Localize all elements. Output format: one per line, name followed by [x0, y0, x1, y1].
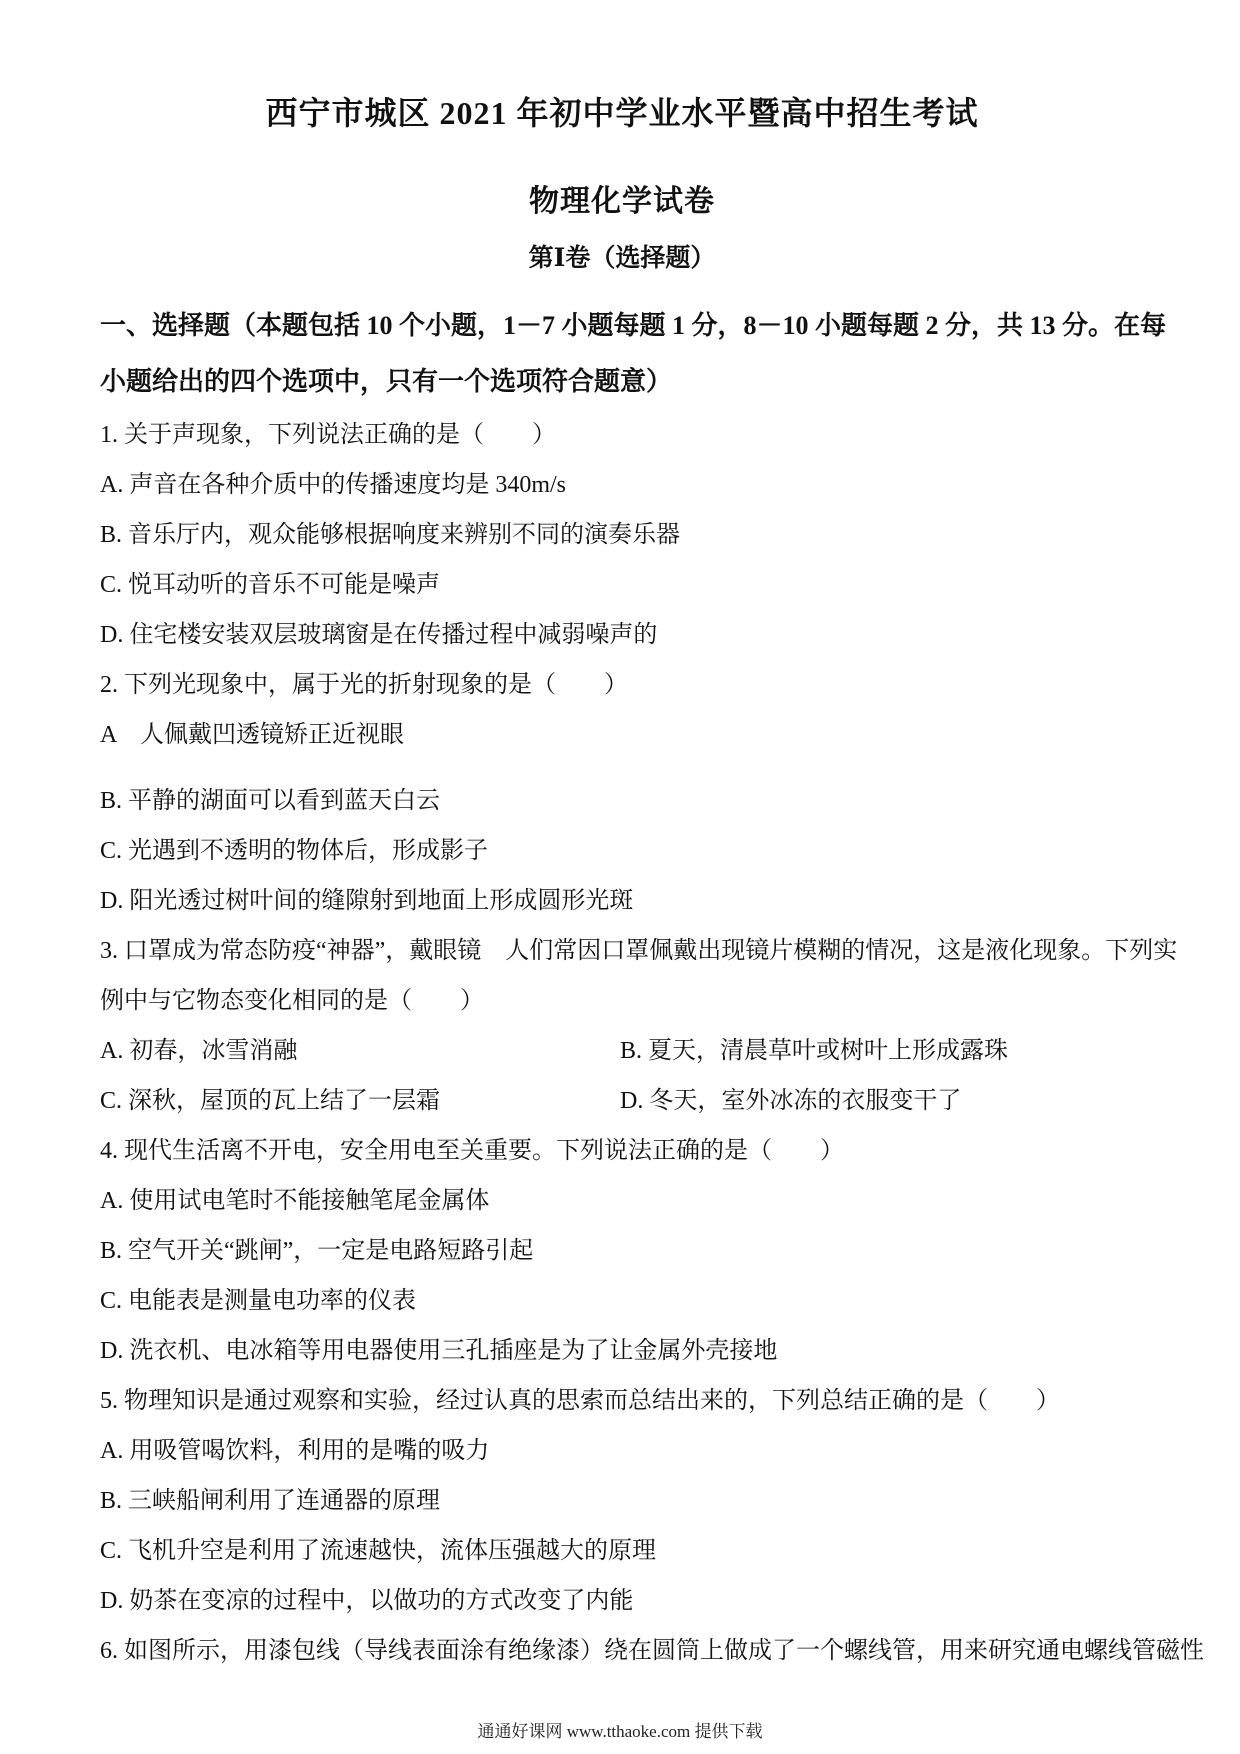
q5-option-d: D. 奶茶在变凉的过程中，以做功的方式改变了内能 [100, 1576, 1144, 1626]
q1-option-d: D. 住宅楼安装双层玻璃窗是在传播过程中减弱噪声的 [100, 610, 1144, 660]
q6-stem: 6. 如图所示，用漆包线（导线表面涂有绝缘漆）绕在圆筒上做成了一个螺线管，用来研… [100, 1626, 1144, 1676]
instructions-line-2: 小题给出的四个选项中，只有一个选项符合题意） [100, 354, 1144, 410]
q5-option-a: A. 用吸管喝饮料，利用的是嘴的吸力 [100, 1426, 1144, 1476]
q3-option-c: C. 深秋，屋顶的瓦上结了一层霜 [100, 1076, 620, 1126]
q1-stem: 1. 关于声现象，下列说法正确的是（ ） [100, 410, 1144, 460]
q4-stem: 4. 现代生活离不开电，安全用电至关重要。下列说法正确的是（ ） [100, 1126, 1144, 1176]
instructions-line-1: 一、选择题（本题包括 10 个小题，1－7 小题每题 1 分，8－10 小题每题… [100, 298, 1144, 354]
page-content: 西宁市城区 2021 年初中学业水平暨高中招生考试 物理化学试卷 第Ⅰ卷（选择题… [100, 88, 1144, 1676]
q2-option-d: D. 阳光透过树叶间的缝隙射到地面上形成圆形光斑 [100, 876, 1144, 926]
q1-option-b: B. 音乐厅内，观众能够根据响度来辨别不同的演奏乐器 [100, 510, 1144, 560]
section-title: 第Ⅰ卷（选择题） [100, 238, 1144, 274]
page-title: 西宁市城区 2021 年初中学业水平暨高中招生考试 [100, 88, 1144, 134]
q4-option-d: D. 洗衣机、电冰箱等用电器使用三孔插座是为了让金属外壳接地 [100, 1326, 1144, 1376]
q5-option-b: B. 三峡船闸利用了连通器的原理 [100, 1476, 1144, 1526]
page-subtitle: 物理化学试卷 [100, 176, 1144, 220]
q5-stem: 5. 物理知识是通过观察和实验，经过认真的思索而总结出来的，下列总结正确的是（ … [100, 1376, 1144, 1426]
q1-option-a: A. 声音在各种介质中的传播速度均是 340m/s [100, 460, 1144, 510]
q3-option-b: B. 夏天，清晨草叶或树叶上形成露珠 [620, 1026, 1008, 1076]
q3-option-row-2: C. 深秋，屋顶的瓦上结了一层霜 D. 冬天，室外冰冻的衣服变干了 [100, 1076, 1144, 1126]
q4-option-c: C. 电能表是测量电功率的仪表 [100, 1276, 1144, 1326]
exam-paper-page: 西宁市城区 2021 年初中学业水平暨高中招生考试 物理化学试卷 第Ⅰ卷（选择题… [0, 0, 1240, 1754]
q3-option-d: D. 冬天，室外冰冻的衣服变干了 [620, 1076, 961, 1126]
q2-option-b: B. 平静的湖面可以看到蓝天白云 [100, 776, 1144, 826]
q2-option-c: C. 光遇到不透明的物体后，形成影子 [100, 826, 1144, 876]
q4-option-b: B. 空气开关“跳闸”，一定是电路短路引起 [100, 1226, 1144, 1276]
footer-text: 通通好课网 www.tthaoke.com 提供下载 [0, 1717, 1240, 1742]
q3-stem-line-2: 例中与它物态变化相同的是（ ） [100, 976, 1144, 1026]
q2-stem: 2. 下列光现象中，属于光的折射现象的是（ ） [100, 660, 1144, 710]
q1-option-c: C. 悦耳动听的音乐不可能是噪声 [100, 560, 1144, 610]
q4-option-a: A. 使用试电笔时不能接触笔尾金属体 [100, 1176, 1144, 1226]
q3-option-row-1: A. 初春，冰雪消融 B. 夏天，清晨草叶或树叶上形成露珠 [100, 1026, 1144, 1076]
q5-option-c: C. 飞机升空是利用了流速越快，流体压强越大的原理 [100, 1526, 1144, 1576]
q3-option-a: A. 初春，冰雪消融 [100, 1026, 620, 1076]
q3-stem-line-1: 3. 口罩成为常态防疫“神器”，戴眼镜 人们常因口罩佩戴出现镜片模糊的情况，这是… [100, 926, 1144, 976]
q2-option-a: A 人佩戴凹透镜矫正近视眼 [100, 710, 1144, 760]
